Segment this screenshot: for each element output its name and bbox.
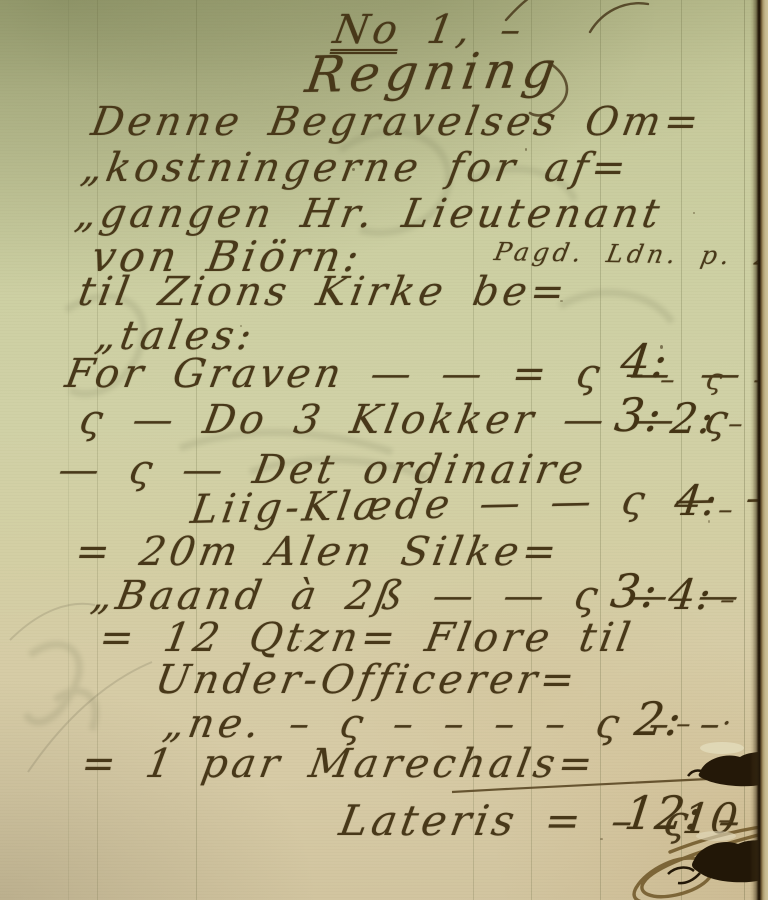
- ink-speck: [560, 300, 563, 302]
- margin-note: Pagd. Ldn. p. 2:: [492, 238, 768, 271]
- item-amount-sk: 4:: [666, 572, 715, 618]
- item-line: = 12 Qtzn= Flore til: [96, 616, 637, 660]
- ink-speck: [660, 345, 663, 349]
- ink-speck: [300, 640, 302, 642]
- ink-speck: [352, 168, 355, 171]
- ink-speck: [600, 838, 603, 840]
- body-line: Denne Begravelses Om=: [88, 100, 706, 144]
- column-line: [744, 0, 745, 900]
- item-line: Under-Officerer=: [152, 658, 582, 702]
- ink-speck: [708, 520, 710, 523]
- ink-speck: [240, 325, 242, 327]
- body-line: „kostningerne for af=: [78, 146, 633, 190]
- page-title: Regning: [302, 43, 565, 103]
- item-line: = 1 par Marechals=: [78, 742, 600, 786]
- ink-speck: [693, 212, 695, 214]
- manuscript-page: No 1, – Regning Denne Begravelses Om= „k…: [0, 0, 768, 900]
- item-amount-sk: 2:: [668, 396, 717, 442]
- ink-speck: [420, 758, 422, 760]
- item-amount-rd: 3:: [612, 390, 665, 441]
- item-line: = 20m Alen Silke=: [72, 530, 564, 574]
- page-binding-edge: [750, 0, 768, 900]
- ink-speck: [525, 148, 527, 151]
- body-line: „gangen Hr. Lieutenant: [72, 192, 666, 236]
- item-amount-sk: 4:: [672, 478, 721, 524]
- item-amount-rd: 3:: [608, 566, 661, 617]
- body-line: til Zions Kirke be=: [75, 270, 572, 314]
- item-line: ς — Do 3 Klokker — — ς — —: [76, 398, 768, 442]
